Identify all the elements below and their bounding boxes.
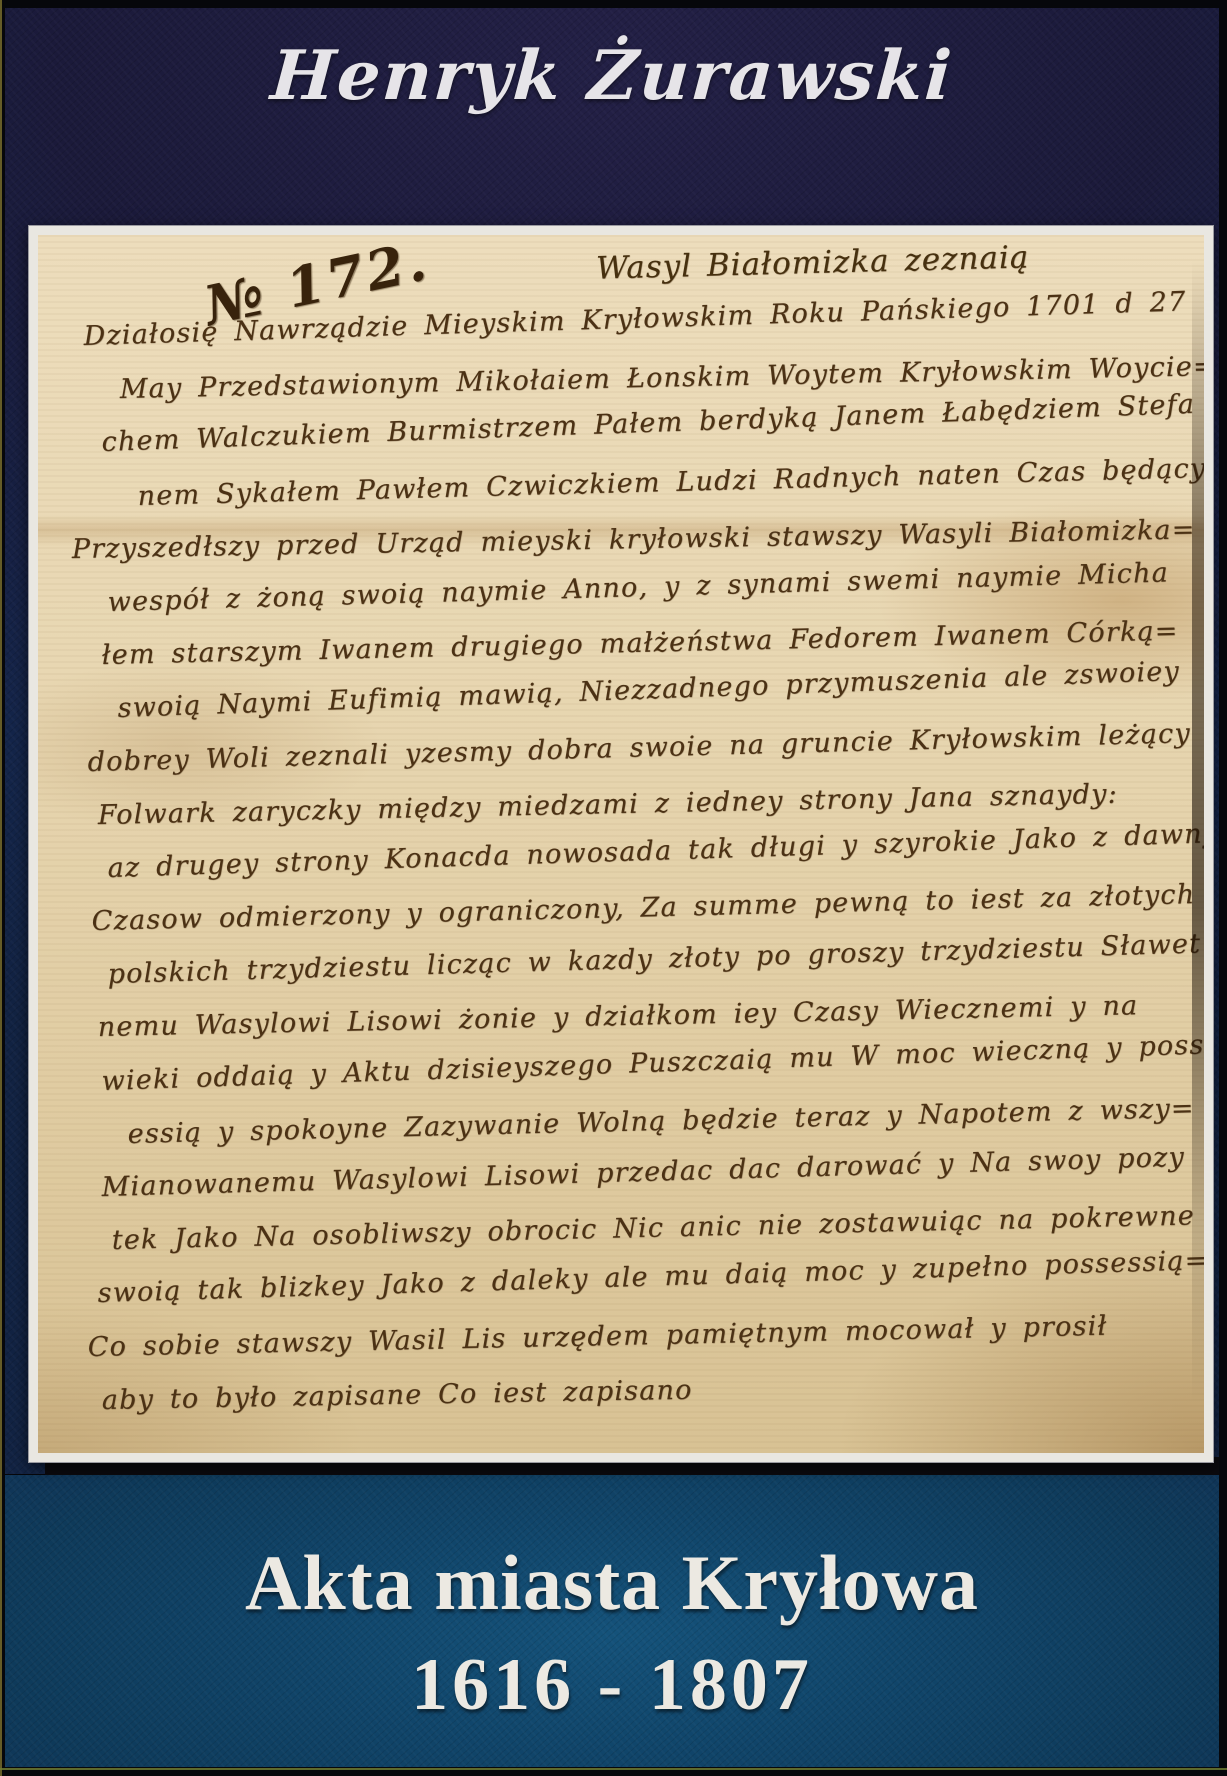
- series-title: Akta miasta Kryłowa: [5, 1538, 1219, 1628]
- scan-edge-line-bottom: [0, 1768, 1227, 1770]
- manuscript-photo: № 172. Wasyl Białomizka zeznaią Działosi…: [28, 225, 1214, 1463]
- manuscript-paper: № 172. Wasyl Białomizka zeznaią Działosi…: [38, 235, 1204, 1453]
- book-cover: { "cover": { "author": "Henryk Żurawski"…: [0, 0, 1227, 1776]
- series-years: 1616 - 1807: [5, 1643, 1219, 1728]
- scan-edge-line-left: [0, 0, 2, 1776]
- cover-background: Henryk Żurawski № 172. Wasyl Białomizka …: [5, 8, 1219, 1767]
- author-name: Henryk Żurawski: [5, 36, 1219, 116]
- manuscript-body: Działosię Nawrządzie Mieyskim Kryłowskim…: [50, 321, 1198, 1438]
- manuscript-heading: Wasyl Białomizka zeznaią: [595, 239, 1029, 286]
- paper-right-shadow: [1192, 235, 1204, 1453]
